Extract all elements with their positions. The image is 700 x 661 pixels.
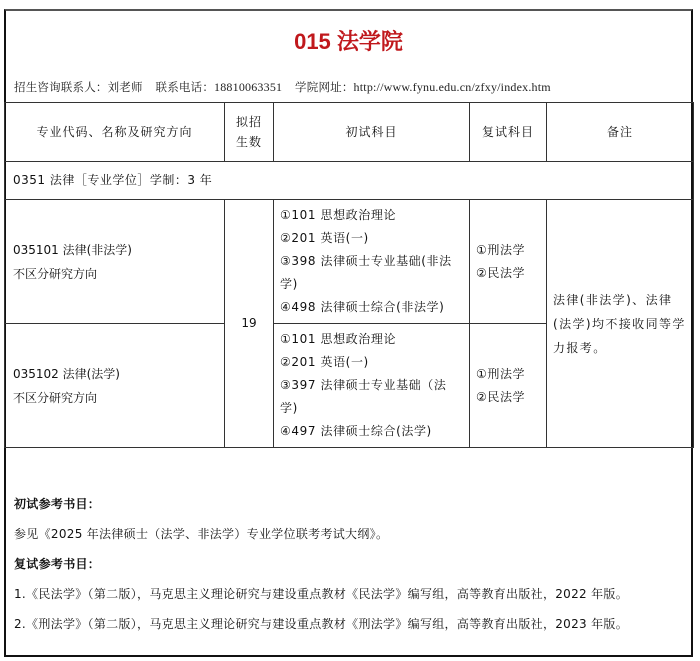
- header-remarks: 备注: [547, 103, 694, 162]
- remarks-cell: 法律(非法学)、法律(法学)均不接收同等学力报考。: [547, 200, 694, 448]
- retest-item: ②民法学: [476, 262, 546, 285]
- header-initial-exam: 初试科目: [274, 103, 470, 162]
- section-title: 0351 法律［专业学位］学制：3 年: [5, 162, 694, 200]
- initial-exam-cell: ①101 思想政治理论 ②201 英语(一) ③398 法律硕士专业基础(非法学…: [274, 200, 470, 324]
- contact-person: 刘老师: [108, 80, 143, 94]
- initial-exam-cell: ①101 思想政治理论 ②201 英语(一) ③397 法律硕士专业基础（法学)…: [274, 324, 470, 448]
- contact-phone-label: 联系电话：: [156, 80, 215, 94]
- exam-item: ②201 英语(一): [280, 351, 463, 374]
- plan-count: 19: [225, 200, 274, 448]
- header-plan-count: 拟招 生数: [225, 103, 274, 162]
- exam-item: ①101 思想政治理论: [280, 204, 463, 227]
- retest-item: ①刑法学: [476, 239, 546, 262]
- major-name: 035101 法律(非法学): [13, 238, 224, 262]
- contact-website-link[interactable]: http://www.fynu.edu.cn/zfxy/index.htm: [354, 80, 551, 94]
- header-major: 专业代码、名称及研究方向: [5, 103, 225, 162]
- exam-item: ④498 法律硕士综合(非法学): [280, 296, 463, 319]
- retest-cell: ①刑法学 ②民法学: [470, 200, 547, 324]
- initial-refs-heading: 初试参考书目：: [14, 489, 679, 519]
- page-title: 015 法学院: [6, 25, 691, 56]
- initial-refs-text: 参见《2025 年法律硕士（法学、非法学）专业学位联考考试大纲》。: [14, 519, 679, 549]
- major-cell: 035101 法律(非法学) 不区分研究方向: [5, 200, 225, 324]
- major-direction: 不区分研究方向: [13, 386, 224, 410]
- retest-item: ②民法学: [476, 386, 546, 409]
- exam-item: ③397 法律硕士专业基础（法学): [280, 374, 463, 420]
- retest-ref-item: 2.《刑法学》（第二版），马克思主义理论研究与建设重点教材《刑法学》编写组，高等…: [14, 609, 679, 639]
- retest-item: ①刑法学: [476, 363, 546, 386]
- table-header-row: 专业代码、名称及研究方向 拟招 生数 初试科目 复试科目 备注: [5, 103, 694, 162]
- contact-phone: 18810063351: [214, 80, 282, 94]
- header-plan-line1: 拟招: [225, 112, 273, 132]
- admissions-table: 专业代码、名称及研究方向 拟招 生数 初试科目 复试科目 备注 0351 法律［…: [4, 102, 694, 448]
- major-direction: 不区分研究方向: [13, 262, 224, 286]
- header-plan-line2: 生数: [225, 132, 273, 152]
- contact-info: 招生咨询联系人：刘老师 联系电话：18810063351 学院网址：http:/…: [14, 79, 551, 95]
- table-row: 035101 法律(非法学) 不区分研究方向 19 ①101 思想政治理论 ②2…: [5, 200, 694, 324]
- header-retest: 复试科目: [470, 103, 547, 162]
- exam-item: ④497 法律硕士综合(法学): [280, 420, 463, 443]
- exam-item: ②201 英语(一): [280, 227, 463, 250]
- retest-refs-heading: 复试参考书目：: [14, 549, 679, 579]
- contact-website-label: 学院网址：: [295, 80, 354, 94]
- exam-item: ③398 法律硕士专业基础(非法学): [280, 250, 463, 296]
- section-row: 0351 法律［专业学位］学制：3 年: [5, 162, 694, 200]
- contact-person-label: 招生咨询联系人：: [14, 80, 108, 94]
- exam-item: ①101 思想政治理论: [280, 328, 463, 351]
- retest-cell: ①刑法学 ②民法学: [470, 324, 547, 448]
- major-name: 035102 法律(法学): [13, 362, 224, 386]
- major-cell: 035102 法律(法学) 不区分研究方向: [5, 324, 225, 448]
- reference-books: 初试参考书目： 参见《2025 年法律硕士（法学、非法学）专业学位联考考试大纲》…: [14, 489, 679, 639]
- retest-ref-item: 1.《民法学》（第二版），马克思主义理论研究与建设重点教材《民法学》编写组，高等…: [14, 579, 679, 609]
- document-frame: 015 法学院 招生咨询联系人：刘老师 联系电话：18810063351 学院网…: [4, 9, 693, 657]
